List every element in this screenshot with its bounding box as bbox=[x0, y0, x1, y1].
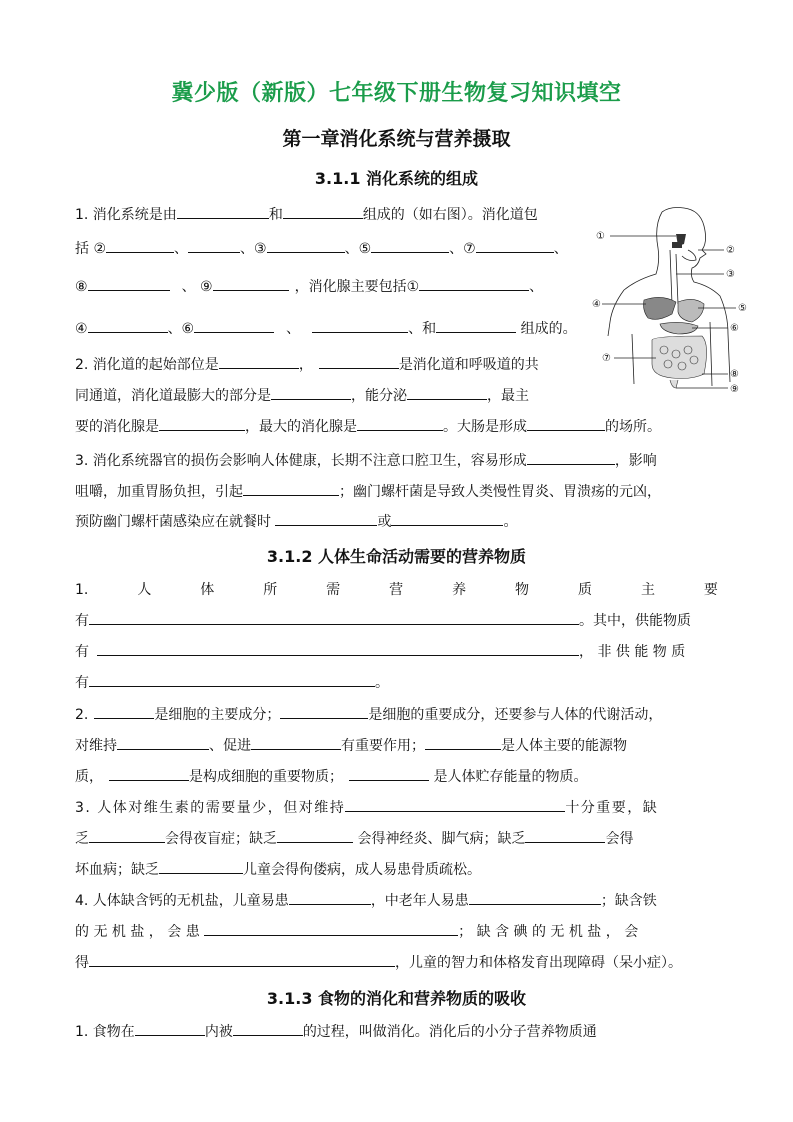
text: 括 ② bbox=[75, 241, 106, 257]
label-2: ② bbox=[726, 245, 735, 256]
blank[interactable] bbox=[159, 416, 245, 431]
text: 是人体主要的能源物 bbox=[501, 738, 627, 754]
text: 预防幽门螺杆菌感染应在就餐时 bbox=[75, 514, 275, 530]
blank[interactable] bbox=[135, 1021, 205, 1036]
s312-q1-line1: 1. 人 体 所 需 营 养 物 质 主 要 bbox=[75, 580, 718, 600]
blank[interactable] bbox=[419, 276, 529, 291]
text: ，能分泌 bbox=[351, 388, 407, 404]
s311-q2-line3: 要的消化腺是，最大的消化腺是。大肠是形成的场所。 bbox=[75, 416, 661, 437]
text: 、和 bbox=[408, 321, 436, 337]
blank[interactable] bbox=[525, 828, 605, 843]
blank[interactable] bbox=[407, 385, 487, 400]
text: 人 bbox=[137, 580, 151, 600]
text: 有 bbox=[75, 644, 97, 660]
s311-q3-line2: 咀嚼，加重胃肠负担，引起；幽门螺杆菌是导致人类慢性胃炎、胃溃疡的元凶， bbox=[75, 481, 661, 502]
blank[interactable] bbox=[289, 890, 371, 905]
blank[interactable] bbox=[243, 481, 339, 496]
text: 需 bbox=[326, 580, 340, 600]
s312-q2-line2: 对维持、促进有重要作用；是人体主要的能源物 bbox=[75, 735, 627, 756]
text: 坏血病；缺乏 bbox=[75, 862, 159, 878]
blank[interactable] bbox=[349, 766, 429, 781]
text: 3. 消化系统器官的损伤会影响人体健康，长期不注意口腔卫生，容易形成 bbox=[75, 453, 527, 469]
blank[interactable] bbox=[233, 1021, 303, 1036]
blank[interactable] bbox=[204, 921, 458, 936]
blank[interactable] bbox=[89, 672, 375, 687]
blank[interactable] bbox=[469, 890, 601, 905]
text: 主 bbox=[641, 580, 655, 600]
text: 营 bbox=[389, 580, 403, 600]
text: 2. 消化道的起始部位是 bbox=[75, 357, 219, 373]
blank[interactable] bbox=[371, 238, 449, 253]
blank[interactable] bbox=[219, 354, 299, 369]
text: 、 bbox=[174, 241, 188, 257]
blank[interactable] bbox=[277, 828, 353, 843]
text: 、促进 bbox=[209, 738, 251, 754]
blank[interactable] bbox=[89, 610, 579, 625]
s311-q1-line3: ⑧、 ⑨，消化腺主要包括①、 bbox=[75, 276, 543, 297]
s312-q4-line2: 的 无 机 盐 ， 会 患 ； 缺 含 碘 的 无 机 盐 ， 会 bbox=[75, 921, 638, 942]
s312-q4-line3: 得，儿童的智力和体格发育出现障碍（呆小症）。 bbox=[75, 952, 682, 973]
blank[interactable] bbox=[391, 511, 503, 526]
text: 、⑤ bbox=[345, 241, 372, 257]
blank[interactable] bbox=[89, 952, 395, 967]
s313-q1-line1: 1. 食物在内被的过程，叫做消化。消化后的小分子营养物质通 bbox=[75, 1021, 597, 1042]
text: 物 bbox=[515, 580, 529, 600]
blank[interactable] bbox=[188, 238, 240, 253]
text: 乏 bbox=[75, 831, 89, 847]
text: 的场所。 bbox=[605, 419, 661, 435]
text: ⑧ bbox=[75, 279, 88, 295]
text: 会得夜盲症；缺乏 bbox=[165, 831, 277, 847]
text: ，消化腺主要包括① bbox=[289, 279, 420, 295]
s311-q1-line4: ④、⑥、、和 组成的。 bbox=[75, 318, 577, 339]
text: ，最主 bbox=[487, 388, 529, 404]
blank[interactable] bbox=[94, 704, 154, 719]
text: 是细胞的主要成分； bbox=[154, 707, 280, 723]
text: 十分重要，缺 bbox=[565, 800, 658, 816]
section-heading-3-1-3: 3.1.3 食物的消化和营养物质的吸收 bbox=[0, 986, 793, 1009]
text: 。 bbox=[503, 514, 517, 530]
blank[interactable] bbox=[283, 204, 363, 219]
blank[interactable] bbox=[275, 511, 377, 526]
text: 得 bbox=[75, 955, 89, 971]
text: 是构成细胞的重要物质； bbox=[189, 769, 349, 785]
label-8: ⑧ bbox=[730, 369, 739, 380]
text: 。其中，供能物质 bbox=[579, 613, 691, 629]
text: 、⑥ bbox=[168, 321, 195, 337]
text: 、③ bbox=[240, 241, 267, 257]
blank[interactable] bbox=[194, 318, 274, 333]
blank[interactable] bbox=[89, 828, 165, 843]
text: ，儿童的智力和体格发育出现障碍（呆小症）。 bbox=[395, 955, 682, 971]
digestive-system-diagram: ① ② ③ ④ ⑤ ⑥ ⑦ ⑧ ⑨ bbox=[592, 204, 757, 396]
blank[interactable] bbox=[527, 416, 605, 431]
text: 同通道，消化道最膨大的部分是 bbox=[75, 388, 271, 404]
blank[interactable] bbox=[88, 276, 170, 291]
text: 组成的（如右图）。消化道包 bbox=[363, 207, 538, 223]
label-4: ④ bbox=[592, 299, 601, 310]
label-9: ⑨ bbox=[730, 384, 739, 395]
section-heading-3-1-2: 3.1.2 人体生命活动需要的营养物质 bbox=[0, 544, 793, 567]
text: 或 bbox=[377, 514, 391, 530]
text: 有 bbox=[75, 675, 89, 691]
blank[interactable] bbox=[117, 735, 209, 750]
text: 组成的。 bbox=[516, 321, 576, 337]
blank[interactable] bbox=[312, 318, 408, 333]
label-5: ⑤ bbox=[738, 303, 747, 314]
blank[interactable] bbox=[88, 318, 168, 333]
text: 、⑦ bbox=[449, 241, 476, 257]
s312-q3-line1: 3. 人体对维生素的需要量少，但对维持十分重要，缺 bbox=[75, 797, 658, 818]
text: ； 缺 含 碘 的 无 机 盐 ， 会 bbox=[458, 924, 638, 940]
text: 1. 食物在 bbox=[75, 1024, 135, 1040]
text: 的 无 机 盐 ， 会 患 bbox=[75, 924, 204, 940]
text: ④ bbox=[75, 321, 88, 337]
blank[interactable] bbox=[267, 238, 345, 253]
s312-q2-line1: 2.是细胞的主要成分；是细胞的重要成分，还要参与人体的代谢活动， bbox=[75, 704, 662, 725]
blank[interactable] bbox=[425, 735, 501, 750]
blank[interactable] bbox=[280, 704, 368, 719]
text: 儿童会得佝偻病，成人易患骨质疏松。 bbox=[243, 862, 481, 878]
text: 养 bbox=[452, 580, 466, 600]
text: 对维持 bbox=[75, 738, 117, 754]
text: ；幽门螺杆菌是导致人类慢性胃炎、胃溃疡的元凶， bbox=[339, 484, 661, 500]
text: ；缺含铁 bbox=[601, 893, 657, 909]
text: 会得 bbox=[605, 831, 633, 847]
s311-q2-line2: 同通道，消化道最膨大的部分是，能分泌，最主 bbox=[75, 385, 529, 406]
text: 1. bbox=[75, 580, 88, 600]
s311-q1-line2: 括 ②、、③、⑤、⑦、 bbox=[75, 238, 568, 259]
blank[interactable] bbox=[436, 318, 516, 333]
text: 4. 人体缺含钙的无机盐，儿童易患 bbox=[75, 893, 289, 909]
text: 有重要作用； bbox=[341, 738, 425, 754]
text: 、 bbox=[554, 241, 568, 257]
s312-q1-line2: 有。其中，供能物质 bbox=[75, 610, 691, 631]
label-6: ⑥ bbox=[730, 323, 739, 334]
text: 。大肠是形成 bbox=[443, 419, 527, 435]
s312-q3-line2: 乏会得夜盲症；缺乏 会得神经炎、脚气病；缺乏会得 bbox=[75, 828, 633, 849]
s312-q1-line3: 有， 非 供 能 物 质 bbox=[75, 641, 685, 662]
text: ， bbox=[299, 357, 319, 373]
s311-q2-line1: 2. 消化道的起始部位是，是消化道和呼吸道的共 bbox=[75, 354, 539, 375]
document-title: 冀少版（新版）七年级下册生物复习知识填空 bbox=[0, 76, 793, 107]
s312-q1-line4: 有。 bbox=[75, 672, 389, 693]
blank[interactable] bbox=[177, 204, 269, 219]
blank[interactable] bbox=[527, 450, 615, 465]
text: 体 bbox=[200, 580, 214, 600]
text: 质 bbox=[578, 580, 592, 600]
blank[interactable] bbox=[213, 276, 289, 291]
text: 所 bbox=[263, 580, 277, 600]
s311-q3-line3: 预防幽门螺杆菌感染应在就餐时 或。 bbox=[75, 511, 517, 532]
s312-q2-line3: 质，是构成细胞的重要物质； 是人体贮存能量的物质。 bbox=[75, 766, 587, 787]
text: 1. 消化系统是由 bbox=[75, 207, 177, 223]
blank[interactable] bbox=[345, 797, 565, 812]
blank[interactable] bbox=[476, 238, 554, 253]
text: 2. bbox=[75, 707, 94, 723]
text: 的过程，叫做消化。消化后的小分子营养物质通 bbox=[303, 1024, 597, 1040]
text: 、 bbox=[529, 279, 543, 295]
text: 咀嚼，加重胃肠负担，引起 bbox=[75, 484, 243, 500]
label-7: ⑦ bbox=[602, 353, 611, 364]
blank[interactable] bbox=[109, 766, 189, 781]
text: 是细胞的重要成分，还要参与人体的代谢活动， bbox=[368, 707, 662, 723]
text: 是人体贮存能量的物质。 bbox=[429, 769, 587, 785]
text: 和 bbox=[269, 207, 283, 223]
s311-q3-line1: 3. 消化系统器官的损伤会影响人体健康，长期不注意口腔卫生，容易形成，影响 bbox=[75, 450, 657, 471]
text: 有 bbox=[75, 613, 89, 629]
text: ，影响 bbox=[615, 453, 657, 469]
chapter-title: 第一章消化系统与营养摄取 bbox=[0, 124, 793, 151]
text: ，中老年人易患 bbox=[371, 893, 469, 909]
text: 3. 人体对维生素的需要量少，但对维持 bbox=[75, 800, 345, 816]
text: 要的消化腺是 bbox=[75, 419, 159, 435]
text: ，最大的消化腺是 bbox=[245, 419, 357, 435]
blank[interactable] bbox=[357, 416, 443, 431]
label-1: ① bbox=[596, 231, 605, 242]
s311-q1-line1: 1. 消化系统是由和组成的（如右图）。消化道包 bbox=[75, 204, 538, 225]
blank[interactable] bbox=[251, 735, 341, 750]
blank[interactable] bbox=[319, 354, 399, 369]
text: 是消化道和呼吸道的共 bbox=[399, 357, 539, 373]
blank[interactable] bbox=[106, 238, 174, 253]
blank[interactable] bbox=[97, 641, 579, 656]
text: 要 bbox=[704, 580, 718, 600]
text: ， 非 供 能 物 质 bbox=[579, 644, 685, 660]
section-heading-3-1-1: 3.1.1 消化系统的组成 bbox=[0, 166, 793, 189]
text: 。 bbox=[375, 675, 389, 691]
text: 质， bbox=[75, 769, 109, 785]
blank[interactable] bbox=[159, 859, 243, 874]
blank[interactable] bbox=[271, 385, 351, 400]
s312-q3-line3: 坏血病；缺乏儿童会得佝偻病，成人易患骨质疏松。 bbox=[75, 859, 481, 880]
s312-q4-line1: 4. 人体缺含钙的无机盐，儿童易患，中老年人易患；缺含铁 bbox=[75, 890, 657, 911]
text: 、 ⑨ bbox=[170, 279, 213, 295]
text: 内被 bbox=[205, 1024, 233, 1040]
text: 、 bbox=[274, 321, 312, 337]
label-3: ③ bbox=[726, 269, 735, 280]
text: 会得神经炎、脚气病；缺乏 bbox=[353, 831, 525, 847]
